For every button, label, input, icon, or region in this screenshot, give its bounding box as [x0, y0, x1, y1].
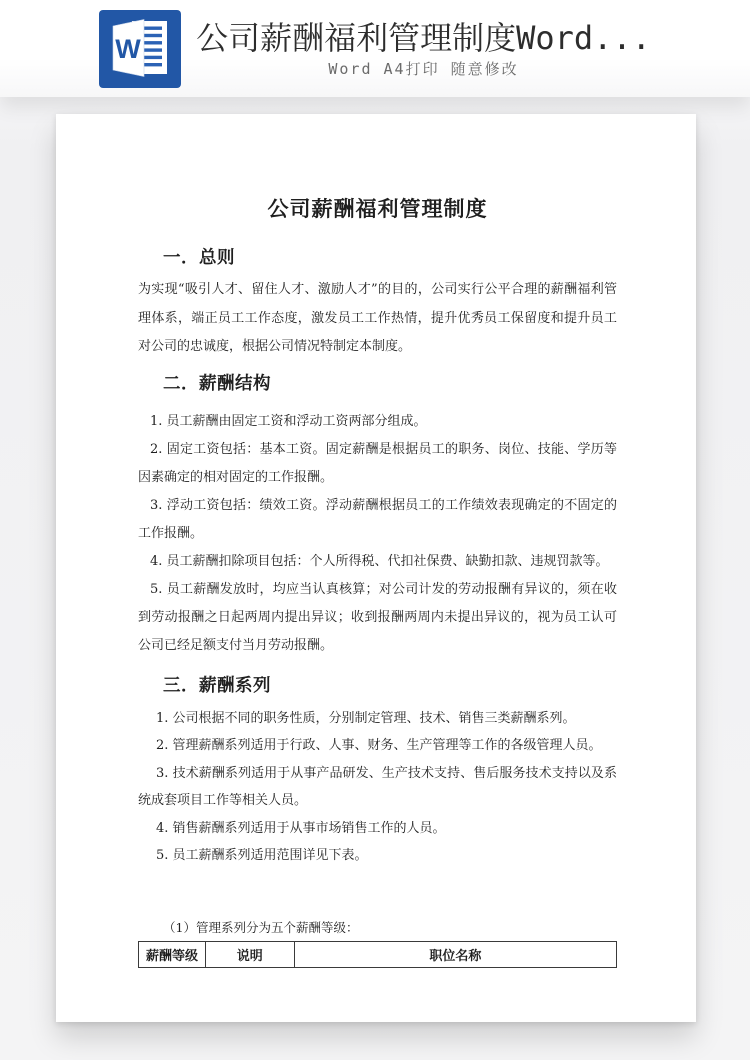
- section-3-item-1: 1. 公司根据不同的职务性质，分别制定管理、技术、销售三类薪酬系列。: [138, 705, 617, 733]
- template-subtitle: Word A4打印 随意修改: [328, 59, 518, 79]
- table-caption: （1）管理系列分为五个薪酬等级：: [138, 918, 617, 938]
- document-content: 公司薪酬福利管理制度 一．总则 为实现“吸引人才、留住人才、激励人才”的目的，公…: [56, 114, 696, 968]
- section-heading-2: 二．薪酬结构: [138, 372, 617, 396]
- section-2-item-3: 3. 浮动工资包括：绩效工资。浮动薪酬根据员工的工作绩效表现确定的不固定的工作报…: [138, 492, 617, 548]
- section-3-item-3: 3. 技术薪酬系列适用于从事产品研发、生产技术支持、售后服务技术支持以及系统成套…: [138, 760, 617, 815]
- section-3-item-4: 4. 销售薪酬系列适用于从事市场销售工作的人员。: [138, 815, 617, 843]
- template-title: 公司薪酬福利管理制度Word...: [196, 19, 651, 57]
- document-title: 公司薪酬福利管理制度: [138, 194, 617, 224]
- section-2-item-2: 2. 固定工资包括：基本工资。固定薪酬是根据员工的职务、岗位、技能、学历等因素确…: [138, 436, 617, 492]
- column-header-grade: 薪酬等级: [139, 941, 206, 967]
- section-heading-3: 三．薪酬系列: [138, 674, 617, 698]
- preview-screen: W 公司薪酬福利管理制度Word... Word A4打印 随意修改 公司薪酬福…: [0, 0, 750, 1060]
- column-header-position: 职位名称: [294, 941, 616, 967]
- section-3-item-2: 2. 管理薪酬系列适用于行政、人事、财务、生产管理等工作的各级管理人员。: [138, 732, 617, 760]
- section-3-item-5: 5. 员工薪酬系列适用范围详见下表。: [138, 842, 617, 870]
- section-2-item-4: 4. 员工薪酬扣除项目包括：个人所得税、代扣社保费、缺勤扣款、违规罚款等。: [138, 548, 617, 576]
- section-heading-1: 一．总则: [138, 246, 617, 270]
- column-header-description: 说明: [205, 941, 294, 967]
- table-header-row: 薪酬等级 说明 职位名称: [139, 941, 617, 967]
- word-icon: W: [99, 10, 181, 88]
- section-2-item-1: 1. 员工薪酬由固定工资和浮动工资两部分组成。: [138, 408, 617, 436]
- page-header: W 公司薪酬福利管理制度Word... Word A4打印 随意修改: [0, 0, 750, 97]
- svg-text:W: W: [115, 34, 141, 64]
- section-2-item-5: 5. 员工薪酬发放时，均应当认真核算；对公司计发的劳动报酬有异议的，须在收到劳动…: [138, 576, 617, 660]
- header-text: 公司薪酬福利管理制度Word... Word A4打印 随意修改: [196, 19, 651, 79]
- section-1-paragraph: 为实现“吸引人才、留住人才、激励人才”的目的，公司实行公平合理的薪酬福利管理体系…: [138, 276, 617, 362]
- salary-grade-table: 薪酬等级 说明 职位名称: [138, 941, 617, 968]
- document-page[interactable]: 公司薪酬福利管理制度 一．总则 为实现“吸引人才、留住人才、激励人才”的目的，公…: [56, 114, 696, 1022]
